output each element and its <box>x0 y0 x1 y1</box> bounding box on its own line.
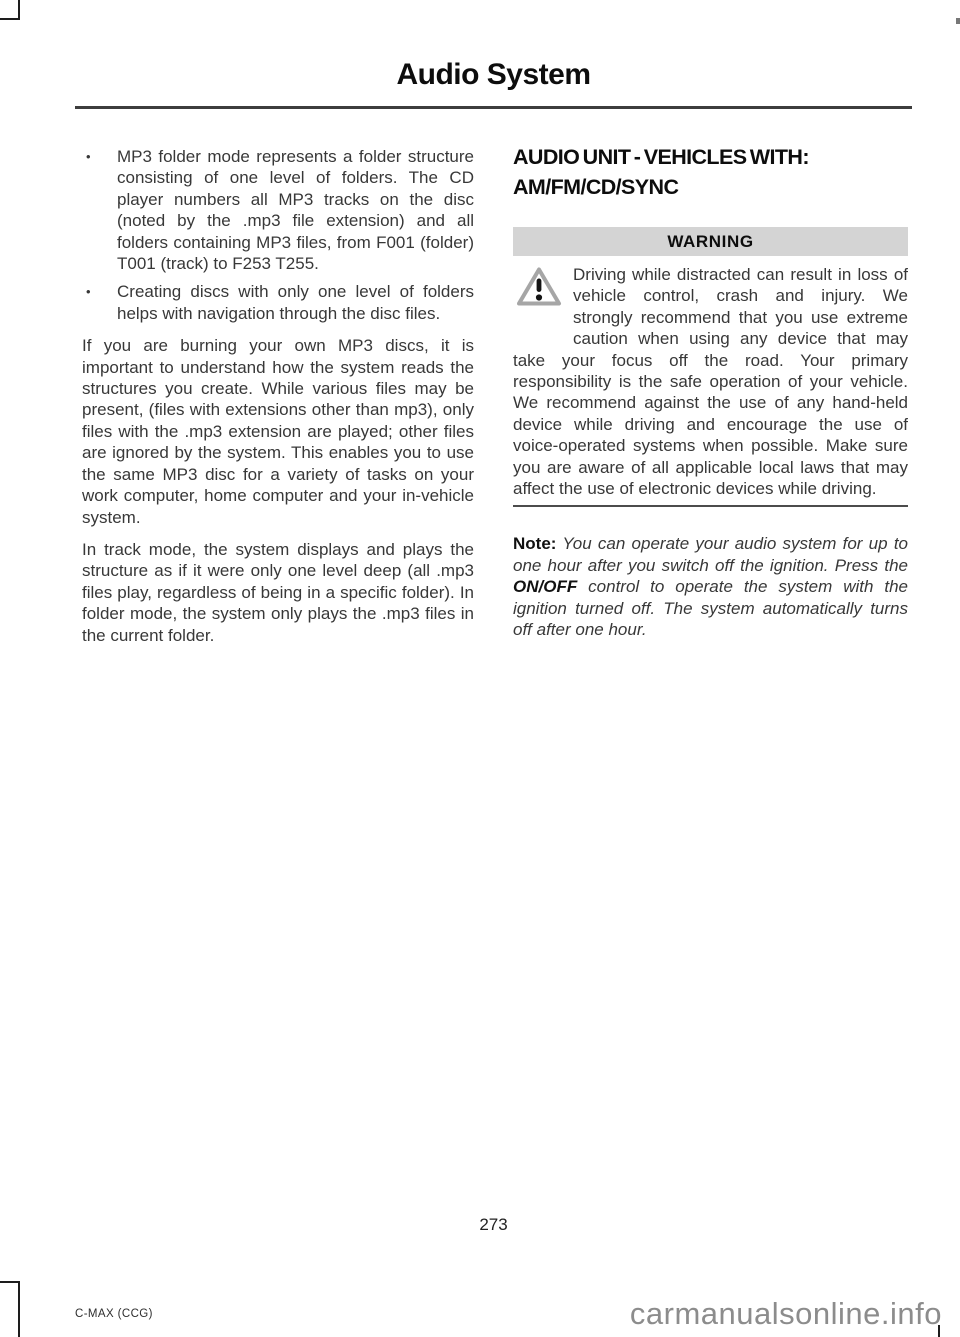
paragraph: If you are burning your own MP3 discs, i… <box>82 335 474 528</box>
left-column: • MP3 folder mode represents a folder st… <box>82 140 474 646</box>
bullet-item: • MP3 folder mode represents a folder st… <box>82 146 474 274</box>
page-title: Audio System <box>75 58 912 92</box>
note-text-1: You can operate your audio system for up… <box>513 534 908 574</box>
bullet-item: • Creating discs with only one level of … <box>82 281 474 324</box>
bullet-dot-icon: • <box>86 281 91 302</box>
note-label: Note: <box>513 534 556 553</box>
title-divider <box>75 106 912 109</box>
paragraph: In track mode, the system displays and p… <box>82 539 474 646</box>
manual-page: Audio System • MP3 folder mode represent… <box>0 0 960 1337</box>
right-column: AUDIO UNIT - VEHICLES WITH: AM/FM/CD/SYN… <box>513 140 908 641</box>
note-paragraph: Note: You can operate your audio system … <box>513 533 908 640</box>
crop-mark-top-left <box>0 0 20 20</box>
note-on-off: ON/OFF <box>513 577 577 596</box>
warning-body: Driving while distracted can result in l… <box>513 264 908 499</box>
crop-mark-top-right <box>956 18 960 24</box>
warning-text: Driving while distracted can result in l… <box>513 265 908 498</box>
bullet-text: MP3 folder mode represents a folder stru… <box>117 147 474 273</box>
section-heading-line1: AUDIO UNIT - VEHICLES WITH: <box>513 145 809 169</box>
warning-box: WARNING Driving while distracted can res… <box>513 227 908 507</box>
warning-header: WARNING <box>513 227 908 256</box>
warning-divider <box>513 505 908 507</box>
bullet-list: • MP3 folder mode represents a folder st… <box>82 146 474 324</box>
bullet-text: Creating discs with only one level of fo… <box>117 282 474 322</box>
section-heading-line2: AM/FM/CD/SYNC <box>513 175 678 199</box>
page-number: 273 <box>75 1215 912 1235</box>
bullet-dot-icon: • <box>86 146 91 167</box>
warning-triangle-icon <box>516 266 562 307</box>
crop-mark-bottom-left <box>0 1281 20 1337</box>
section-heading: AUDIO UNIT - VEHICLES WITH: AM/FM/CD/SYN… <box>513 142 908 202</box>
footer-model-code: C-MAX (CCG) <box>75 1308 153 1320</box>
watermark: carmanualsonline.info <box>630 1296 942 1332</box>
